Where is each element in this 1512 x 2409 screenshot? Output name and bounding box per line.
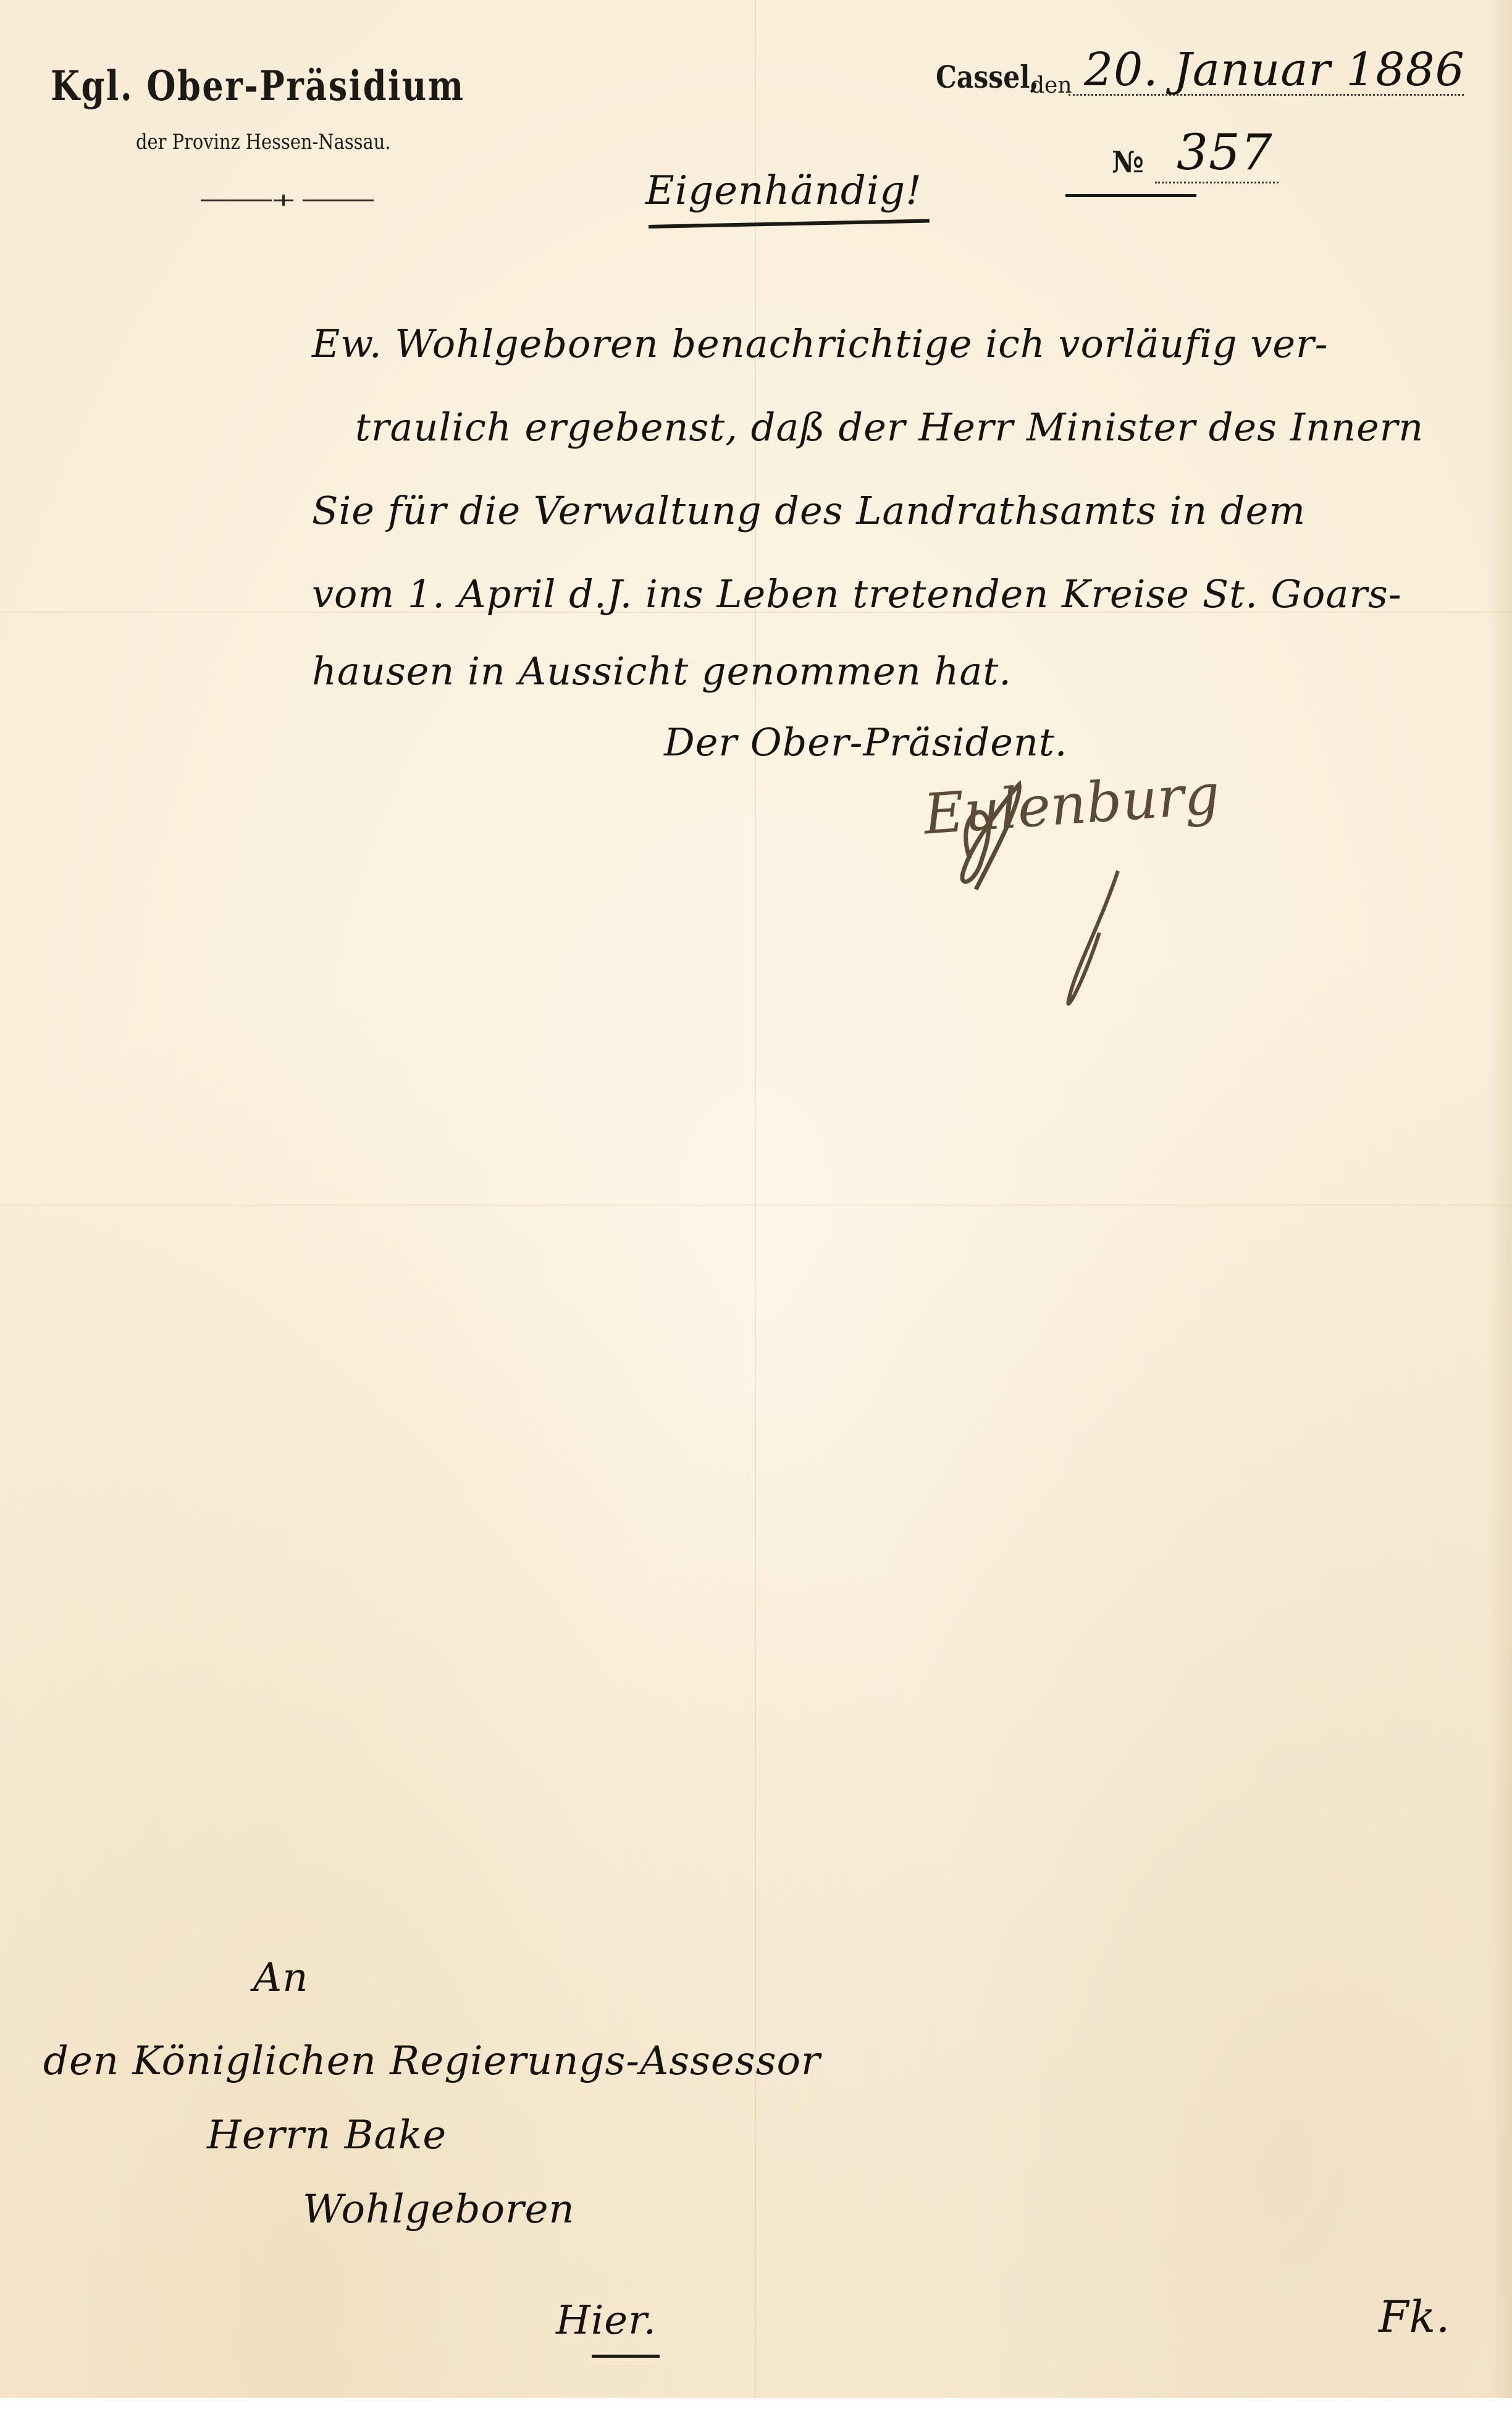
date-prefix: den (1030, 73, 1072, 98)
body-line: traulich ergebenst, daß der Herr Ministe… (355, 405, 1424, 450)
address-honorific: Wohlgeboren (303, 2187, 575, 2232)
fold-crease-horizontal-lower (0, 1204, 1512, 1206)
body-line: Sie für die Verwaltung des Landrathsamts… (312, 488, 1306, 533)
address-line: den Königlichen Regierungs-Assessor (43, 2038, 821, 2084)
paper-edge (1487, 0, 1512, 2409)
body-line: vom 1. April d.J. ins Leben tretenden Kr… (312, 571, 1402, 616)
address-an: An (253, 1955, 308, 2001)
ornamental-rule (201, 200, 374, 201)
handwritten-date: 20. Januar 1886 (1084, 43, 1465, 96)
personal-delivery-marking: Eigenhändig! (645, 168, 922, 214)
letterhead-subtitle: der Provinz Hessen-Nassau. (136, 130, 391, 154)
letterhead-title: Kgl. Ober-Präsidium (51, 62, 465, 110)
body-line: hausen in Aussicht genommen hat. (312, 649, 1012, 694)
address-recipient: Herrn Bake (207, 2113, 447, 2158)
number-underline (1065, 194, 1196, 197)
number-dotted-line (1155, 182, 1279, 183)
body-line: Ew. Wohlgeboren benachrichtige ich vorlä… (312, 321, 1329, 366)
initials: Fk. (1379, 2292, 1450, 2342)
number-label: № (1112, 145, 1144, 180)
destination-underline (592, 2355, 660, 2358)
reference-number: 357 (1177, 124, 1273, 181)
scan-border (0, 2398, 1512, 2409)
closing-title: Der Ober-Präsident. (664, 720, 1067, 765)
address-destination: Hier. (556, 2298, 657, 2344)
place-name: Cassel, (936, 59, 1039, 95)
